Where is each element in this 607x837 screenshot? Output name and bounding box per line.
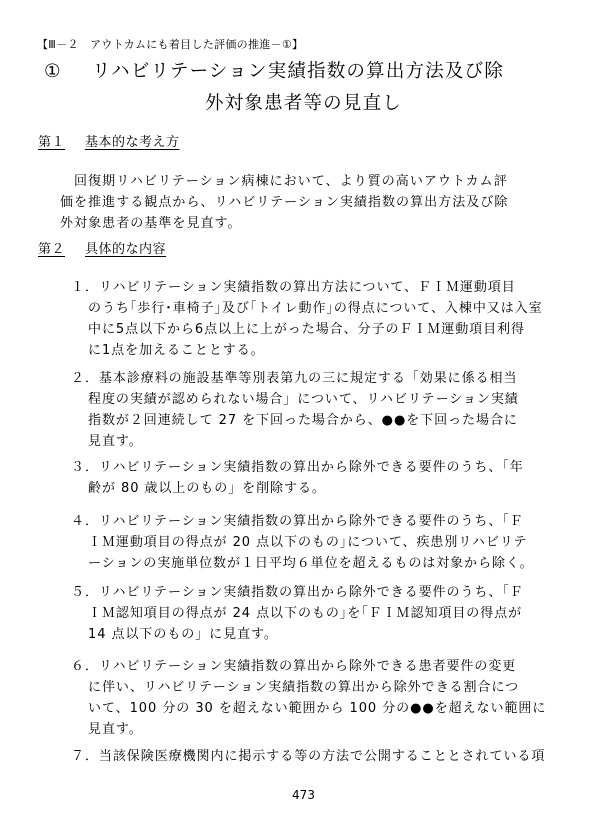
section-1-heading: 第１基本的な考え方 [38, 134, 180, 152]
section-2-title: 具体的な内容 [85, 242, 166, 257]
item-line: ＩＭ認知項目の得点が 24 点以下のもの｣を｢ＦＩＭ認知項目の得点が [71, 603, 591, 624]
document-page: 【Ⅲ－２ アウトカムにも着目した評価の推進－①】 ①リハビリテーション実績指数の… [0, 0, 607, 837]
list-item-7: ７．当該保険医療機関内に掲示する等の方法で公開することとされている項 [71, 746, 591, 767]
item-line: ６．リハビリテーション実績指数の算出から除外できる患者要件の変更 [71, 656, 591, 677]
section-1-number: 第１ [38, 135, 65, 150]
page-title-line-2: 外対象患者等の見直し [0, 91, 607, 117]
list-item-2: ２．基本診療料の施設基準等別表第九の三に規定する「効果に係る相当 程度の実績が認… [71, 368, 591, 452]
list-item-1: １．リハビリテーション実績指数の算出方法について、ＦＩＭ運動項目 のうち｢歩行･… [71, 277, 591, 361]
item-line: 中に5点以下から6点以上に上がった場合、分子のＦＩＭ運動項目利得 [71, 319, 591, 340]
list-item-6: ６．リハビリテーション実績指数の算出から除外できる患者要件の変更 に伴い、リハビ… [71, 656, 591, 740]
page-title-line-1: ①リハビリテーション実績指数の算出方法及び除 [44, 59, 574, 85]
item-line: ３．リハビリテーション実績指数の算出から除外できる要件のうち、｢年 [71, 457, 591, 478]
item-line: に1点を加えることとする。 [71, 340, 591, 361]
item-line: いて、100 分の 30 を超えない範囲から 100 分の●●を超えない範囲に [71, 698, 591, 719]
item-line: ２．基本診療料の施設基準等別表第九の三に規定する「効果に係る相当 [71, 368, 591, 389]
page-number: 473 [0, 787, 607, 803]
item-line: ７．当該保険医療機関内に掲示する等の方法で公開することとされている項 [71, 746, 591, 767]
title-text-1: リハビリテーション実績指数の算出方法及び除 [92, 61, 504, 82]
item-line: ５．リハビリテーション実績指数の算出から除外できる要件のうち、｢Ｆ [71, 582, 591, 603]
section-1-paragraph: 回復期リハビリテーション病棟において、より質の高いアウトカム評 価を推進する観点… [60, 171, 580, 234]
item-line: 齢が 80 歳以上のもの」を削除する。 [71, 478, 591, 499]
item-line: 14 点以下のもの」に見直す。 [71, 624, 591, 645]
section-2-number: 第２ [38, 242, 65, 257]
item-line: １．リハビリテーション実績指数の算出方法について、ＦＩＭ運動項目 [71, 277, 591, 298]
item-line: 見直す。 [71, 431, 591, 452]
section-2-heading: 第２具体的な内容 [38, 241, 166, 259]
list-item-5: ５．リハビリテーション実績指数の算出から除外できる要件のうち、｢Ｆ ＩＭ認知項目… [71, 582, 591, 645]
list-item-3: ３．リハビリテーション実績指数の算出から除外できる要件のうち、｢年 齢が 80 … [71, 457, 591, 499]
section-1-title: 基本的な考え方 [85, 135, 180, 150]
list-item-4: ４．リハビリテーション実績指数の算出から除外できる要件のうち、｢Ｆ ＩＭ運動項目… [71, 511, 591, 574]
item-line: 程度の実績が認められない場合」について、リハビリテーション実績 [71, 389, 591, 410]
item-line: のうち｢歩行･車椅子｣及び｢トイレ動作｣の得点について、入棟中又は入室 [71, 298, 591, 319]
paragraph-line: 外対象患者の基準を見直す。 [60, 213, 580, 234]
bracket-section-label: 【Ⅲ－２ アウトカムにも着目した評価の推進－①】 [37, 37, 303, 53]
item-line: ４．リハビリテーション実績指数の算出から除外できる要件のうち、｢Ｆ [71, 511, 591, 532]
title-number: ① [44, 59, 92, 85]
item-line: に伴い、リハビリテーション実績指数の算出から除外できる割合につ [71, 677, 591, 698]
item-line: 見直す。 [71, 719, 591, 740]
item-line: ＩＭ運動項目の得点が 20 点以下のもの｣について、疾患別リハビリテ [71, 532, 591, 553]
paragraph-line: 価を推進する観点から、リハビリテーション実績指数の算出方法及び除 [60, 192, 580, 213]
item-line: 指数が２回連続して 27 を下回った場合から、●●を下回った場合に [71, 410, 591, 431]
item-line: ーションの実施単位数が１日平均６単位を超えるものは対象から除く。 [71, 553, 591, 574]
paragraph-line: 回復期リハビリテーション病棟において、より質の高いアウトカム評 [60, 171, 580, 192]
